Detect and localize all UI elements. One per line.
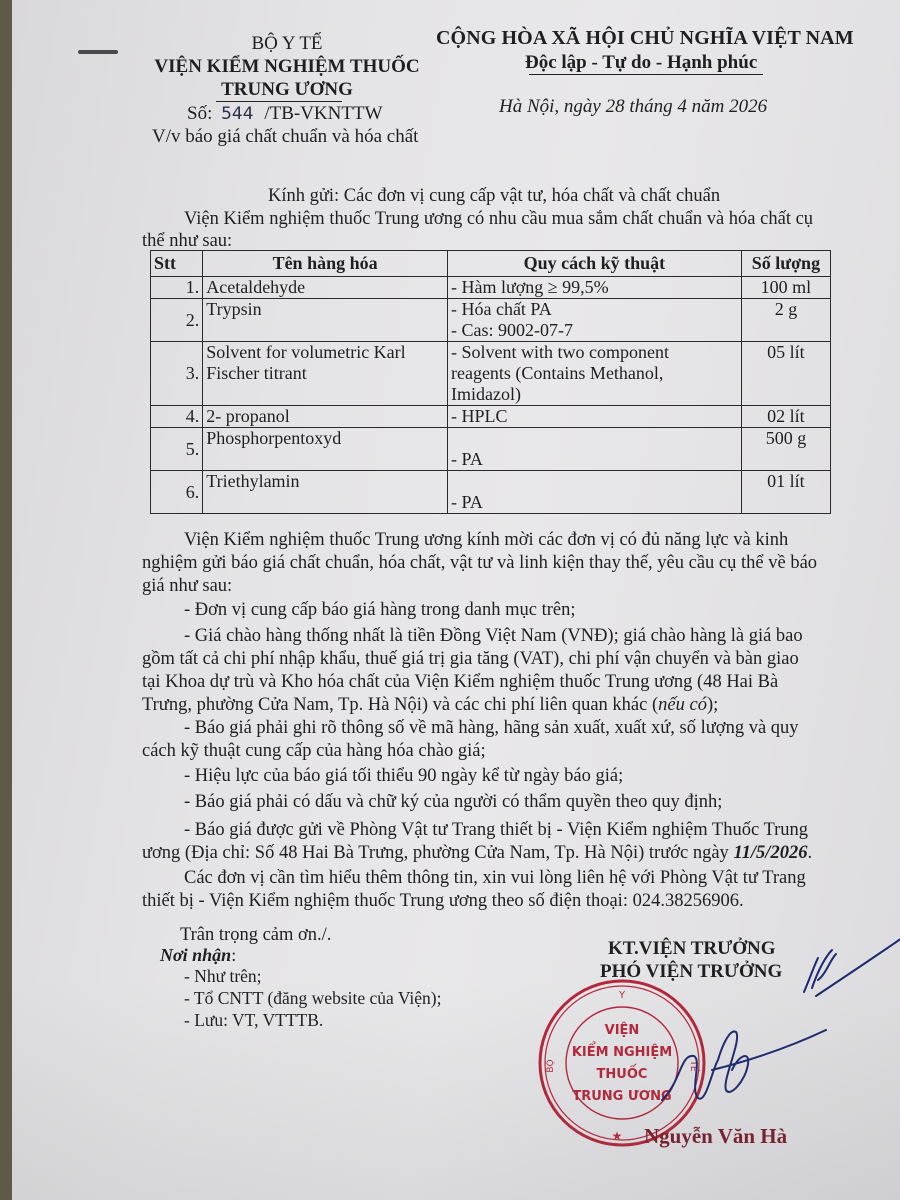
recipient-item: - Lưu: VT, VTTTB. xyxy=(184,1010,323,1031)
cell-quantity: 100 ml xyxy=(741,277,830,299)
invitation-line1: Viện Kiểm nghiệm thuốc Trung ương kính m… xyxy=(184,530,788,551)
cell-item-name: Trypsin xyxy=(203,299,448,342)
cell-quantity: 2 g xyxy=(741,299,830,342)
salutation: Kính gửi: Các đơn vị cung cấp vật tư, hó… xyxy=(268,186,720,207)
recipients-label-text: Nơi nhận xyxy=(160,945,231,965)
table-row: 6.Triethylamin - PA01 lít xyxy=(151,471,831,514)
institute-name-line2: TRUNG ƯƠNG xyxy=(147,79,427,101)
cell-spec: - Hàm lượng ≥ 99,5% xyxy=(447,277,741,299)
cell-quantity: 500 g xyxy=(741,428,830,471)
cell-item-name: Solvent for volumetric KarlFischer titra… xyxy=(203,342,448,406)
cell-spec: - PA xyxy=(447,428,741,471)
header-item-name: Tên hàng hóa xyxy=(203,251,448,277)
requirement-6-end: . xyxy=(807,843,812,863)
recipient-item: - Như trên; xyxy=(184,966,262,987)
motto-underline xyxy=(529,74,763,75)
svg-text:★: ★ xyxy=(612,1129,623,1143)
header-quantity: Số lượng xyxy=(741,251,830,277)
recipient-item: - Tổ CNTT (đăng website của Viện); xyxy=(184,988,442,1009)
ministry-name: BỘ Y TẾ xyxy=(152,33,422,55)
document-subject: V/v báo giá chất chuẩn và hóa chất xyxy=(152,126,418,148)
main-signature-icon xyxy=(642,1020,832,1110)
requirement-1: - Đơn vị cung cấp báo giá hàng trong dan… xyxy=(184,600,576,621)
items-table: Stt Tên hàng hóa Quy cách kỹ thuật Số lư… xyxy=(150,250,831,514)
requirement-3-line2: cách kỹ thuật cung cấp của hàng hóa chào… xyxy=(142,741,486,762)
national-title: CỘNG HÒA XÃ HỘI CHỦ NGHĨA VIỆT NAM xyxy=(436,27,854,50)
cell-stt: 5. xyxy=(151,428,203,471)
requirement-6-line2: ương (Địa chỉ: Số 48 Hai Bà Trưng, phườn… xyxy=(142,843,812,864)
cell-quantity: 02 lít xyxy=(741,406,830,428)
invitation-line3: giá như sau: xyxy=(142,576,232,597)
intro-line1: Viện Kiểm nghiệm thuốc Trung ương có nhu… xyxy=(184,209,813,230)
closing-thanks: Trân trọng cảm ơn./. xyxy=(180,925,331,946)
recipients-colon: : xyxy=(231,945,236,965)
document-number: Số: 544 /TB-VKNTTW xyxy=(187,103,383,125)
svg-text:VIỆN: VIỆN xyxy=(605,1022,640,1038)
header-stt: Stt xyxy=(151,251,203,277)
header-spec: Quy cách kỹ thuật xyxy=(447,251,741,277)
requirement-2-italic: nếu có xyxy=(658,695,707,715)
invitation-line2: nghiệm gửi báo giá chất chuẩn, hóa chất,… xyxy=(142,553,817,574)
cell-spec: - Hóa chất PA- Cas: 9002-07-7 xyxy=(447,299,741,342)
intro-line2: thể như sau: xyxy=(142,231,232,252)
requirement-2-line3: tại Khoa dự trù và Kho hóa chất của Viện… xyxy=(142,672,778,693)
institute-name-line1: VIỆN KIỂM NGHIỆM THUỐC xyxy=(147,56,427,78)
doc-number-suffix: /TB-VKNTTW xyxy=(264,103,382,124)
cell-spec: - PA xyxy=(447,471,741,514)
recipients-label: Nơi nhận: xyxy=(160,945,236,966)
cell-stt: 2. xyxy=(151,299,203,342)
table-row: 1.Acetaldehyde- Hàm lượng ≥ 99,5%100 ml xyxy=(151,277,831,299)
svg-text:THUỐC: THUỐC xyxy=(597,1064,648,1082)
table-row: 2.Trypsin- Hóa chất PA- Cas: 9002-07-72 … xyxy=(151,299,831,342)
cell-quantity: 01 lít xyxy=(741,471,830,514)
place-date: Hà Nội, ngày 28 tháng 4 năm 2026 xyxy=(499,96,767,118)
svg-text:Y: Y xyxy=(618,990,626,1001)
cell-item-name: Phosphorpentoxyd xyxy=(203,428,448,471)
cell-stt: 3. xyxy=(151,342,203,406)
cell-stt: 4. xyxy=(151,406,203,428)
doc-number-prefix: Số: xyxy=(187,103,212,124)
deadline-date: 11/5/2026 xyxy=(733,843,807,863)
cell-stt: 6. xyxy=(151,471,203,514)
staple-mark xyxy=(78,50,118,54)
signer-title-line1: KT.VIỆN TRƯỞNG xyxy=(608,938,776,960)
requirement-2-line4-text: Trưng, phường Cửa Nam, Tp. Hà Nội) và cá… xyxy=(142,695,658,715)
signer-name: Nguyễn Văn Hà xyxy=(644,1124,787,1149)
requirement-3-line1: - Báo giá phải ghi rõ thông số về mã hàn… xyxy=(184,718,799,739)
cell-stt: 1. xyxy=(151,277,203,299)
national-motto: Độc lập - Tự do - Hạnh phúc xyxy=(525,52,757,74)
requirement-2-line2: gồm tất cả chi phí nhập khẩu, thuế giá t… xyxy=(142,649,799,670)
cell-spec: - HPLC xyxy=(447,406,741,428)
contact-line2: thiết bị - Viện Kiểm nghiệm thuốc Trung … xyxy=(142,891,744,912)
table-header-row: Stt Tên hàng hóa Quy cách kỹ thuật Số lư… xyxy=(151,251,831,277)
table-row: 5.Phosphorpentoxyd - PA500 g xyxy=(151,428,831,471)
requirement-4: - Hiệu lực của báo giá tối thiểu 90 ngày… xyxy=(184,766,623,787)
requirement-2-line1: - Giá chào hàng thống nhất là tiền Đồng … xyxy=(184,626,803,647)
cell-item-name: Triethylamin xyxy=(203,471,448,514)
header-left-underline xyxy=(216,101,342,102)
table-row: 4.2- propanol- HPLC02 lít xyxy=(151,406,831,428)
cell-quantity: 05 lít xyxy=(741,342,830,406)
initial-signature-icon xyxy=(796,930,900,1000)
requirement-2-line4: Trưng, phường Cửa Nam, Tp. Hà Nội) và cá… xyxy=(142,695,718,716)
requirement-5: - Báo giá phải có dấu và chữ ký của ngườ… xyxy=(184,792,722,813)
doc-number-handwritten: 544 xyxy=(221,104,253,124)
requirement-6-line2-text: ương (Địa chỉ: Số 48 Hai Bà Trưng, phườn… xyxy=(142,843,733,863)
table-row: 3.Solvent for volumetric KarlFischer tit… xyxy=(151,342,831,406)
requirement-2-end: ); xyxy=(707,695,718,715)
cell-spec: - Solvent with two componentreagents (Co… xyxy=(447,342,741,406)
document-page: BỘ Y TẾ VIỆN KIỂM NGHIỆM THUỐC TRUNG ƯƠN… xyxy=(12,0,900,1200)
cell-item-name: 2- propanol xyxy=(203,406,448,428)
contact-line1: Các đơn vị cần tìm hiểu thêm thông tin, … xyxy=(184,868,806,889)
requirement-6-line1: - Báo giá được gửi về Phòng Vật tư Trang… xyxy=(184,820,808,841)
cell-item-name: Acetaldehyde xyxy=(203,277,448,299)
svg-text:BỘ: BỘ xyxy=(544,1059,556,1072)
